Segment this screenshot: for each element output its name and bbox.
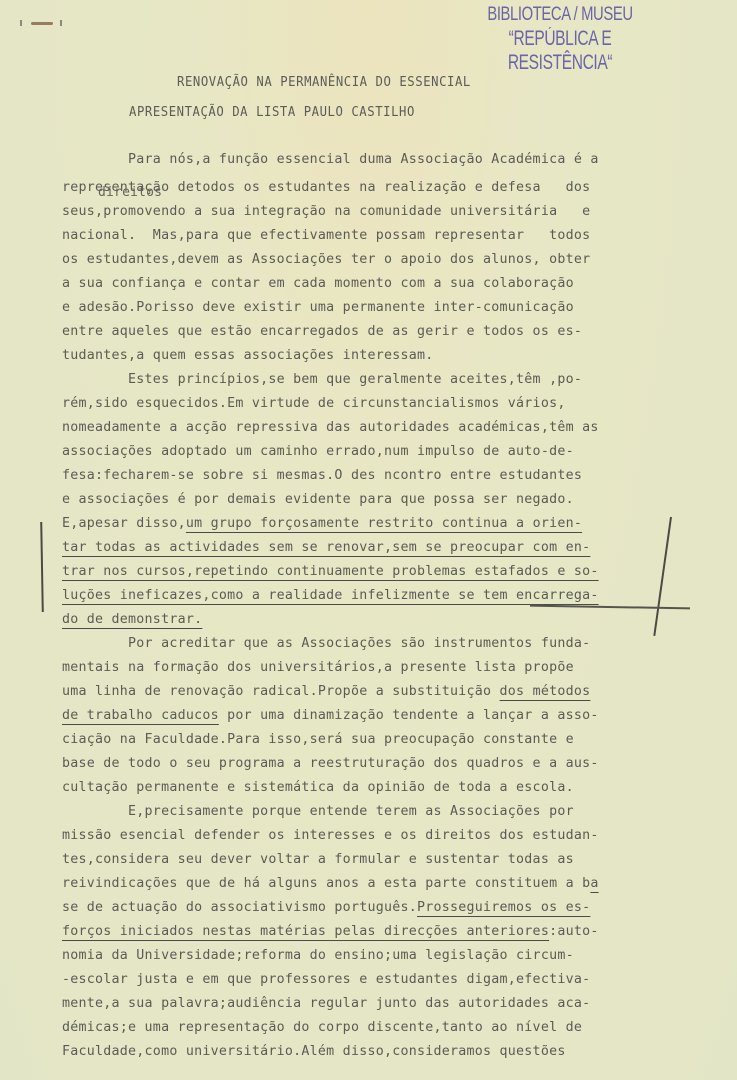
line-text: Por acreditar que as Associações são ins… bbox=[62, 636, 590, 651]
line-text: representação detodos os estudantes na r… bbox=[62, 180, 590, 195]
text-line: fesa:fecharem-se sobre si mesmas.O des n… bbox=[62, 468, 582, 484]
text-line: entre aqueles que estão encarregados de … bbox=[62, 324, 582, 340]
line-text: tes,considera seu dever voltar a formula… bbox=[62, 852, 574, 867]
underlined-text: Prosseguiremos os es- bbox=[417, 900, 590, 915]
line-text: e adesão.Porisso deve existir uma perman… bbox=[62, 300, 574, 315]
text-line: associações adoptado um caminho errado,n… bbox=[62, 444, 574, 460]
text-line: tes,considera seu dever voltar a formula… bbox=[62, 852, 574, 868]
underlined-text: luções ineficazes,como a realidade infel… bbox=[62, 588, 599, 603]
text-line: Para nós,a função essencial duma Associa… bbox=[62, 152, 599, 168]
line-text: nacional. Mas,para que efectivamente pos… bbox=[62, 228, 590, 243]
mark-left-paren bbox=[20, 20, 22, 26]
line-text: os estudantes,devem as Associações ter o… bbox=[62, 252, 590, 267]
text-line: E,precisamente porque entende terem as A… bbox=[62, 804, 574, 820]
document-subheading: APRESENTAÇÃO DA LISTA PAULO CASTILHO bbox=[129, 105, 415, 120]
line-text: rém,sido esquecidos.Em virtude de circun… bbox=[62, 396, 566, 411]
text-line: nomeadamente a acção repressiva das auto… bbox=[62, 420, 599, 436]
library-stamp: BIBLIOTECA / MUSEU “REPÚBLICA E RESISTÊN… bbox=[440, 4, 680, 75]
text-line: ciação na Faculdade.Para isso,será sua p… bbox=[62, 732, 574, 748]
text-line: do de demonstrar. bbox=[62, 612, 202, 628]
line-text: seus,promovendo a sua integração na comu… bbox=[62, 204, 590, 219]
stamp-line-1: BIBLIOTECA / MUSEU bbox=[466, 4, 653, 26]
text-line: mentais na formação dos universitários,a… bbox=[62, 660, 574, 676]
text-line: forços iniciados nestas matérias pelas d… bbox=[62, 924, 599, 940]
text-line: de trabalho caducos por uma dinamização … bbox=[62, 708, 599, 724]
text-line: a sua confiança e contar em cada momento… bbox=[62, 276, 574, 292]
margin-bracket-right bbox=[653, 517, 672, 636]
text-line: -escolar justa e em que professores e es… bbox=[62, 972, 590, 988]
archive-reference-mark bbox=[20, 20, 62, 26]
underlined-text: do de demonstrar. bbox=[62, 612, 202, 627]
text-line: rém,sido esquecidos.Em virtude de circun… bbox=[62, 396, 566, 412]
underlined-text: de trabalho caducos bbox=[62, 708, 219, 723]
line-text: a sua confiança e contar em cada momento… bbox=[62, 276, 574, 291]
text-line: trar nos cursos,repetindo continuamente … bbox=[62, 564, 599, 580]
line-text: base de todo o seu programa a reestrutur… bbox=[62, 756, 599, 771]
text-line: representação detodos os estudantes na r… bbox=[62, 180, 590, 196]
text-line: reivindicações que de há alguns anos a e… bbox=[62, 876, 599, 892]
mark-right-paren bbox=[60, 20, 62, 26]
text-line: E,apesar disso,um grupo forçosamente res… bbox=[62, 516, 582, 532]
text-line: e associações é por demais evidente para… bbox=[62, 492, 574, 508]
text-line: base de todo o seu programa a reestrutur… bbox=[62, 756, 599, 772]
document-heading: RENOVAÇÃO NA PERMANÊNCIA DO ESSENCIAL bbox=[177, 75, 471, 90]
mark-dash bbox=[31, 22, 53, 25]
line-text: Para nós,a função essencial duma Associa… bbox=[62, 152, 599, 167]
line-text: mentais na formação dos universitários,a… bbox=[62, 660, 574, 675]
text-line: tudantes,a quem essas associações intere… bbox=[62, 348, 434, 364]
line-text: reivindicações que de há alguns anos a e… bbox=[62, 876, 590, 891]
line-text: entre aqueles que estão encarregados de … bbox=[62, 324, 582, 339]
line-text: E,apesar disso, bbox=[62, 516, 186, 531]
line-text: tudantes,a quem essas associações intere… bbox=[62, 348, 434, 363]
line-text: uma linha de renovação radical.Propõe a … bbox=[62, 684, 500, 699]
line-text: nomia da Universidade;reforma do ensino;… bbox=[62, 948, 574, 963]
text-line: missão esencial defender os interesses e… bbox=[62, 828, 599, 844]
line-text: mente,a sua palavra;audiência regular ju… bbox=[62, 996, 590, 1011]
underlined-text: a bbox=[590, 876, 598, 891]
underlined-text: tar todas as actividades sem se renovar,… bbox=[62, 540, 590, 555]
text-line: uma linha de renovação radical.Propõe a … bbox=[62, 684, 590, 700]
scanned-document-page: BIBLIOTECA / MUSEU “REPÚBLICA E RESISTÊN… bbox=[0, 0, 737, 1080]
underlined-text: trar nos cursos,repetindo continuamente … bbox=[62, 564, 599, 579]
text-line: tar todas as actividades sem se renovar,… bbox=[62, 540, 590, 556]
line-text: ciação na Faculdade.Para isso,será sua p… bbox=[62, 732, 574, 747]
text-line: démicas;e uma representação do corpo dis… bbox=[62, 1020, 582, 1036]
margin-bracket-left bbox=[40, 522, 44, 612]
underlined-text: forços iniciados nestas matérias pelas d… bbox=[62, 924, 549, 939]
line-text: nomeadamente a acção repressiva das auto… bbox=[62, 420, 599, 435]
text-line: Estes princípios,se bem que geralmente a… bbox=[62, 372, 582, 388]
line-text: :auto- bbox=[549, 924, 599, 939]
line-text: fesa:fecharem-se sobre si mesmas.O des n… bbox=[62, 468, 582, 483]
line-text: por uma dinamização tendente a lançar a … bbox=[219, 708, 599, 723]
line-text: se de actuação do associativismo portugu… bbox=[62, 900, 417, 915]
underlined-text: um grupo forçosamente restrito continua … bbox=[186, 516, 582, 531]
text-line: os estudantes,devem as Associações ter o… bbox=[62, 252, 590, 268]
margin-stroke bbox=[530, 605, 690, 609]
text-line: luções ineficazes,como a realidade infel… bbox=[62, 588, 599, 604]
underlined-text: dos métodos bbox=[500, 684, 591, 699]
line-text: e associações é por demais evidente para… bbox=[62, 492, 574, 507]
line-text: E,precisamente porque entende terem as A… bbox=[62, 804, 574, 819]
text-line: nacional. Mas,para que efectivamente pos… bbox=[62, 228, 590, 244]
text-line: Faculdade,como universitário.Além disso,… bbox=[62, 1044, 566, 1060]
line-text: missão esencial defender os interesses e… bbox=[62, 828, 599, 843]
text-line: mente,a sua palavra;audiência regular ju… bbox=[62, 996, 590, 1012]
text-line: cultação permanente e sistemática da opi… bbox=[62, 780, 574, 796]
stamp-line-2: “REPÚBLICA E RESISTÊNCIA“ bbox=[471, 27, 649, 75]
text-line: seus,promovendo a sua integração na comu… bbox=[62, 204, 590, 220]
line-text: associações adoptado um caminho errado,n… bbox=[62, 444, 574, 459]
line-text: cultação permanente e sistemática da opi… bbox=[62, 780, 574, 795]
line-text: démicas;e uma representação do corpo dis… bbox=[62, 1020, 582, 1035]
text-line: se de actuação do associativismo portugu… bbox=[62, 900, 590, 916]
line-text: Faculdade,como universitário.Além disso,… bbox=[62, 1044, 566, 1059]
line-text: Estes princípios,se bem que geralmente a… bbox=[62, 372, 582, 387]
line-text: -escolar justa e em que professores e es… bbox=[62, 972, 590, 987]
text-line: nomia da Universidade;reforma do ensino;… bbox=[62, 948, 574, 964]
text-line: e adesão.Porisso deve existir uma perman… bbox=[62, 300, 574, 316]
text-line: Por acreditar que as Associações são ins… bbox=[62, 636, 590, 652]
